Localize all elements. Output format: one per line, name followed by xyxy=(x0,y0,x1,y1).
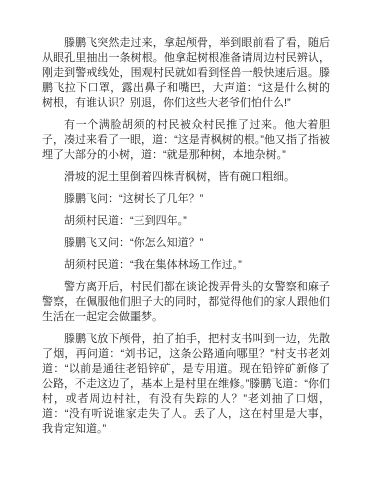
paragraph: 滑坡的泥土里倒着四株青枫树，皆有碗口粗细。 xyxy=(42,170,330,185)
paragraph: 滕鹏飞突然走过来，拿起颅骨，举到眼前看了看，随后从眼孔里抽出一条树根。他拿起树根… xyxy=(42,36,330,111)
paragraph: 滕鹏飞问：“这树长了几年？” xyxy=(42,192,330,207)
paragraph: 滕鹏飞又问：“你怎么知道？” xyxy=(42,236,330,251)
paragraph: 胡须村民道：“三到四年。” xyxy=(42,214,330,229)
paragraph: 警方离开后，村民们都在谈论拨弄骨头的女警察和麻子警察，在佩服他们胆子大的同时，都… xyxy=(42,280,330,325)
paragraph: 胡须村民道：“我在集体林场工作过。” xyxy=(42,258,330,273)
paragraph: 有一个满脸胡须的村民被众村民推了过来。他大着胆子，凑过来看了一眼，道：“这是青枫… xyxy=(42,118,330,163)
document-page: 滕鹏飞突然走过来，拿起颅骨，举到眼前看了看，随后从眼孔里抽出一条树根。他拿起树根… xyxy=(0,0,370,480)
paragraph: 滕鹏飞放下颅骨，拍了拍手，把村支书叫到一边，先散了烟，再问道：“刘书记，这条公路… xyxy=(42,332,330,437)
